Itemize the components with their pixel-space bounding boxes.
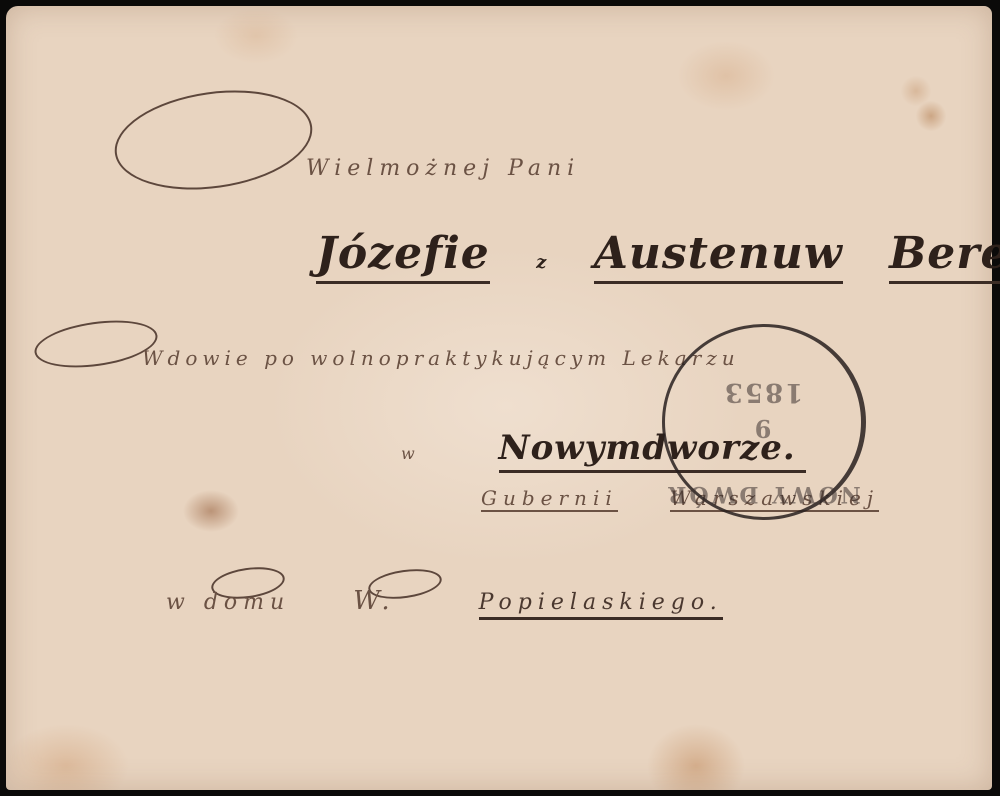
name-line: Józefie z Austenuw Bereza.	[316, 228, 1000, 284]
postmark-stamp: NOWY DWÓR 9 1853	[662, 324, 866, 520]
house-owner: Popielaskiego.	[479, 590, 723, 620]
postmark-day: 9	[665, 414, 861, 443]
first-name: Józefie	[316, 228, 490, 284]
house-prefix: w domu	[166, 590, 290, 615]
postmark-text: NOWY DWÓR 9 1853	[665, 327, 861, 517]
flourish-1	[108, 79, 318, 202]
title-text: Wdowie po wolnopraktykującym Lekarzu	[142, 346, 740, 370]
postmark-ring-text: NOWY DWÓR	[665, 481, 861, 507]
maiden-name: Austenuw	[594, 228, 843, 284]
postmark-year: 1853	[665, 377, 861, 407]
province-1: Gubernii	[481, 486, 618, 512]
envelope: Wielmożnej Pani Józefie z Austenuw Berez…	[6, 6, 992, 790]
title-line: Wdowie po wolnopraktykującym Lekarzu	[142, 346, 740, 370]
salutation: Wielmożnej Pani	[306, 156, 580, 181]
salutation-line: Wielmożnej Pani	[306, 156, 580, 181]
house-abbrev: W.	[353, 586, 395, 616]
name-connector: z	[536, 252, 547, 273]
town-prefix: w	[401, 444, 416, 463]
house-line: w domu W. Popielaskiego.	[166, 586, 723, 616]
last-name: Bereza.	[889, 228, 1000, 284]
